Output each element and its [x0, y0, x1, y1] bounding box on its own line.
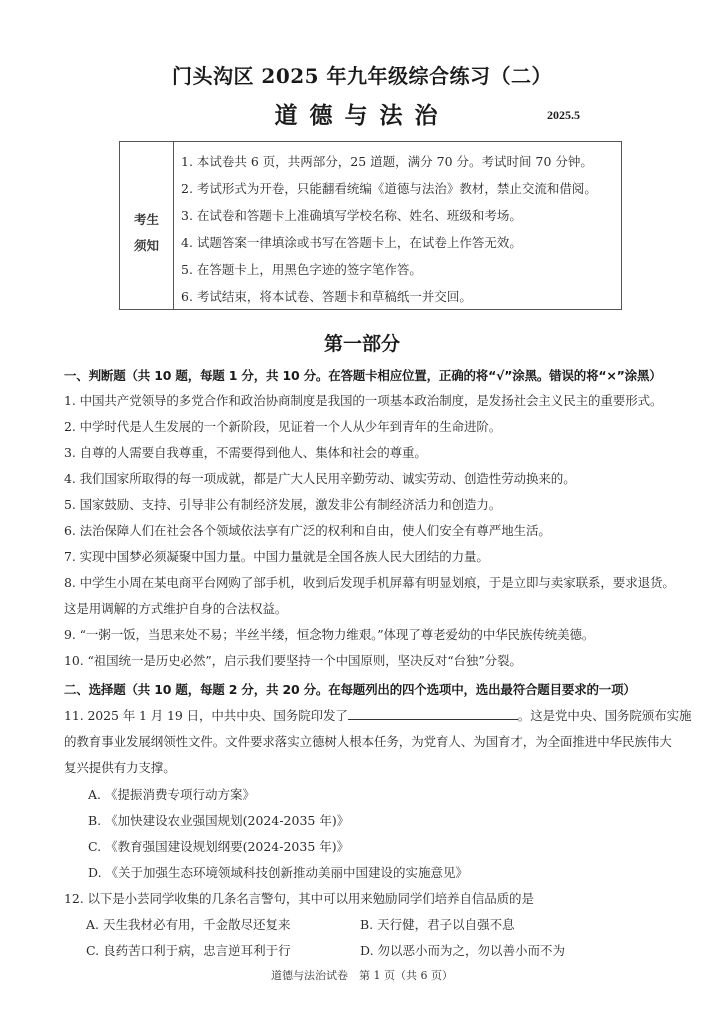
answer-blank	[348, 707, 518, 720]
question-11-option-d: D. 《关于加强生态环境领域科技创新推动美丽中国建设的实施意见》	[88, 863, 468, 881]
notice-item: 3. 在试卷和答题卡上准确填写学校名称、姓名、班级和考场。	[181, 206, 522, 224]
notice-item: 2. 考试形式为开卷，只能翻看统编《道德与法治》教材，禁止交流和借阅。	[181, 179, 597, 197]
question-8: 8. 中学生小周在某电商平台网购了部手机，收到后发现手机屏幕有明显划痕，于是立即…	[64, 573, 675, 591]
question-12-option-a: A. 天生我材必有用，千金散尽还复来	[86, 915, 290, 933]
page-footer: 道德与法治试卷 第 1 页（共 6 页）	[0, 967, 724, 983]
question-11-stem-before: 11. 2025 年 1 月 19 日，中共中央、国务院印发了	[64, 708, 348, 723]
question-6: 6. 法治保障人们在社会各个领域依法享有广泛的权利和自由，使人们安全有尊严地生活…	[64, 521, 551, 539]
question-11-option-b: B. 《加快建设农业强国规划(2024-2035 年)》	[88, 811, 349, 829]
question-11-stem-line3: 复兴提供有力支撑。	[64, 758, 176, 776]
notice-label-line2: 须知	[120, 236, 173, 254]
question-5: 5. 国家鼓励、支持、引导非公有制经济发展，激发非公有制经济活力和创造力。	[64, 495, 501, 513]
notice-label-cell: 考生 须知	[120, 142, 174, 309]
exam-date: 2025.5	[547, 108, 580, 123]
question-4: 4. 我们国家所取得的每一项成就，都是广大人民用辛勤劳动、诚实劳动、创造性劳动换…	[64, 469, 576, 487]
question-1: 1. 中国共产党领导的多党合作和政治协商制度是我国的一项基本政治制度，是发扬社会…	[64, 391, 662, 409]
exam-title: 门头沟区 2025 年九年级综合练习（二）	[0, 60, 724, 89]
question-12-option-c: C. 良药苦口利于病，忠言逆耳利于行	[86, 941, 291, 959]
subject-title: 道德与法治	[0, 97, 724, 130]
question-12-option-b: B. 天行健，君子以自强不息	[360, 915, 515, 933]
question-2: 2. 中学时代是人生发展的一个新阶段，见证着一个人从少年到青年的生命进阶。	[64, 417, 501, 435]
notice-item: 1. 本试卷共 6 页，共两部分，25 道题，满分 70 分。考试时间 70 分…	[181, 152, 593, 170]
part-title: 第一部分	[0, 329, 724, 356]
question-9: 9. “一粥一饭，当思来处不易；半丝半缕，恒念物力维艰。”体现了尊老爱幼的中华民…	[64, 625, 594, 643]
question-11-option-c: C. 《教育强国建设规划纲要(2024-2035 年)》	[88, 837, 349, 855]
notice-label-line1: 考生	[120, 210, 173, 228]
notice-item: 6. 考试结束，将本试卷、答题卡和草稿纸一并交回。	[181, 287, 472, 305]
question-7: 7. 实现中国梦必须凝聚中国力量。中国力量就是全国各族人民大团结的力量。	[64, 547, 489, 565]
question-8-continued: 这是用调解的方式维护自身的合法权益。	[64, 599, 287, 617]
section-heading-multiple-choice: 二、选择题（共 10 题，每题 2 分，共 20 分。在每题列出的四个选项中，选…	[64, 680, 636, 698]
question-12-option-d: D. 勿以恶小而为之，勿以善小而不为	[360, 941, 565, 959]
section-heading-true-false: 一、判断题（共 10 题，每题 1 分，共 10 分。在答题卡相应位置，正确的将…	[64, 366, 662, 384]
question-11-stem-line2: 的教育事业发展纲领性文件。文件要求落实立德树人根本任务，为党育人、为国育才，为全…	[64, 732, 672, 750]
question-10: 10. “祖国统一是历史必然”，启示我们要坚持一个中国原则，坚决反对“台独”分裂…	[64, 651, 522, 669]
question-3: 3. 自尊的人需要自我尊重，不需要得到他人、集体和社会的尊重。	[64, 443, 427, 461]
question-11-stem: 11. 2025 年 1 月 19 日，中共中央、国务院印发了。这是党中央、国务…	[64, 706, 691, 724]
question-12-stem: 12. 以下是小芸同学收集的几条名言警句，其中可以用来勉励同学们培养自信品质的是	[64, 889, 534, 907]
candidate-notice-box: 考生 须知 1. 本试卷共 6 页，共两部分，25 道题，满分 70 分。考试时…	[119, 141, 622, 310]
notice-item: 4. 试题答案一律填涂或书写在答题卡上，在试卷上作答无效。	[181, 233, 522, 251]
notice-item: 5. 在答题卡上，用黑色字迹的签字笔作答。	[181, 260, 422, 278]
question-11-option-a: A. 《提振消费专项行动方案》	[88, 785, 255, 803]
question-11-stem-after: 。这是党中央、国务院颁布实施	[518, 708, 692, 723]
